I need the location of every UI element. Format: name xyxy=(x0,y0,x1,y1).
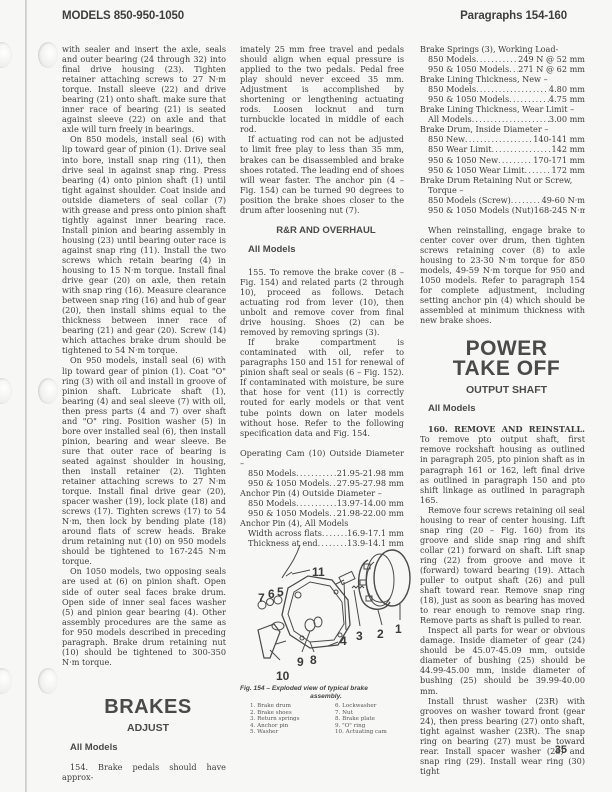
subsection-title-adjust: ADJUST xyxy=(62,722,226,734)
paragraph-160-lead: 160. REMOVE AND REINSTALL. xyxy=(428,424,585,434)
spec-row: 850 Models (Screw) 49-60 N·m xyxy=(420,195,585,205)
spec-heading: Brake Springs (3), Working Load- xyxy=(420,44,585,54)
legend-item: 6. Lockwasher xyxy=(335,703,410,710)
paragraph: with sealer and insert the axle, seals a… xyxy=(62,44,226,134)
spec-drum-retaining-torque: Brake Drum Retaining Nut or Screw, Torqu… xyxy=(420,175,585,215)
legend-item: 3. Return springs xyxy=(250,716,325,723)
column-3: Brake Springs (3), Working Load- 850 Mod… xyxy=(420,44,585,776)
figure-caption: Fig. 154 – Exploded view of typical brak… xyxy=(240,685,412,701)
heading-all-models: All Models xyxy=(240,245,404,255)
callout-4: 4 xyxy=(340,634,347,648)
figure-legend: 1. Brake drum 6. Lockwasher 2. Brake sho… xyxy=(250,703,410,736)
legend-item: 4. Anchor pin xyxy=(250,723,325,730)
spec-row: 850 Wear Limit 142 mm xyxy=(420,144,585,154)
punch-hole xyxy=(0,42,12,68)
spec-row: 950 & 1050 New 170-171 mm xyxy=(420,155,585,165)
exploded-brake-diagram: 1 2 3 4 5 6 7 8 9 10 11 xyxy=(240,540,412,685)
spec-row: 950 & 1050 Models (Nut) 168-245 N·m xyxy=(420,205,585,215)
paragraph-155: 155. To remove the brake cover (8 – Fig.… xyxy=(240,267,404,337)
legend-item: 7. Nut xyxy=(335,710,410,717)
spec-row: 850 Models 249 N @ 52 mm xyxy=(420,54,585,64)
spec-anchor-pin-od: Anchor Pin (4) Outside Diameter – 850 Mo… xyxy=(240,488,404,518)
figure-154-brake-assembly: 1 2 3 4 5 6 7 8 9 10 11 xyxy=(240,540,412,685)
running-head-models: MODELS 850-950-1050 xyxy=(62,10,184,22)
column-2: imately 25 mm free travel and pedals sho… xyxy=(240,44,404,548)
callout-10: 10 xyxy=(276,669,290,683)
section-title-brakes: BRAKES xyxy=(62,697,226,717)
paragraph: On 950 models, install seal (6) with lip… xyxy=(62,355,226,566)
paragraph: Install thrust washer (23R) with grooves… xyxy=(420,696,585,776)
spec-row: 950 & 1050 Models 21.98-22.00 mm xyxy=(240,508,404,518)
callout-2: 2 xyxy=(377,627,384,641)
callout-7: 7 xyxy=(258,591,265,605)
subsection-title-rr-overhaul: R&R AND OVERHAUL xyxy=(240,225,404,237)
spec-heading: Anchor Pin (4), All Models xyxy=(240,518,404,528)
spec-row: All Models 3.00 mm xyxy=(420,114,585,124)
spec-heading: Brake Drum Retaining Nut or Screw, xyxy=(420,175,585,185)
paragraph-160-text: To remove pto output shaft, first remove… xyxy=(420,434,585,504)
binding-edge xyxy=(25,0,27,792)
paragraph-160: 160. REMOVE AND REINSTALL. To remove pto… xyxy=(420,424,585,504)
spec-heading: Anchor Pin (4) Outside Diameter – xyxy=(240,488,404,498)
spec-lining-new: Brake Lining Thickness, New – 850 Models… xyxy=(420,74,585,104)
heading-all-models: All Models xyxy=(420,404,585,414)
section-title-power: POWER xyxy=(420,339,585,359)
spec-row: 950 & 1050 Wear Limit 172 mm xyxy=(420,165,585,175)
paragraph: Remove four screws retaining oil seal ho… xyxy=(420,505,585,626)
column-1: with sealer and insert the axle, seals a… xyxy=(62,44,226,782)
spec-heading: Brake Drum, Inside Diameter – xyxy=(420,124,585,134)
spec-heading: Operating Cam (10) Outside Diameter – xyxy=(240,448,404,468)
spec-row: 850 Models 4.80 mm xyxy=(420,84,585,94)
paragraph-154: 154. Brake pedals should have approx- xyxy=(62,762,226,782)
callout-8: 8 xyxy=(310,653,317,667)
caption-line: assembly. xyxy=(240,693,412,701)
punch-hole xyxy=(0,668,12,694)
running-head-paragraphs: Paragraphs 154-160 xyxy=(460,10,567,22)
heading-all-models: All Models xyxy=(62,743,226,753)
legend-item: 5. Washer xyxy=(250,729,325,736)
legend-item: 1. Brake drum xyxy=(250,703,325,710)
legend-item: 9. "O" ring xyxy=(335,723,410,730)
punch-hole xyxy=(38,378,58,404)
callout-6: 6 xyxy=(268,587,275,601)
spec-lining-wear-limit: Brake Lining Thickness, Wear Limit – All… xyxy=(420,104,585,124)
spec-row: 950 & 1050 Models 4.75 mm xyxy=(420,94,585,104)
spec-operating-cam: Operating Cam (10) Outside Diameter – 85… xyxy=(240,448,404,488)
spec-brake-springs: Brake Springs (3), Working Load- 850 Mod… xyxy=(420,44,585,74)
spec-row: Width across flats 16.9-17.1 mm xyxy=(240,528,404,538)
subsection-title-output-shaft: OUTPUT SHAFT xyxy=(420,384,585,396)
callout-5: 5 xyxy=(277,585,284,599)
callout-9: 9 xyxy=(297,655,304,669)
paragraph: On 1050 models, two opposing seals are u… xyxy=(62,566,226,666)
paragraph-reinstall: When reinstalling, engage brake to cente… xyxy=(420,225,585,325)
punch-hole xyxy=(0,378,12,404)
callout-11: 11 xyxy=(312,565,325,579)
paragraph: If brake compartment is contaminated wit… xyxy=(240,337,404,437)
spec-heading: Brake Lining Thickness, New – xyxy=(420,74,585,84)
callout-3: 3 xyxy=(356,629,363,643)
spec-row: 950 & 1050 Models 271 N @ 62 mm xyxy=(420,64,585,74)
spec-row: 850 Models 13.97-14.00 mm xyxy=(240,498,404,508)
legend-item: 2. Brake shoes xyxy=(250,710,325,717)
paragraph: imately 25 mm free travel and pedals sho… xyxy=(240,44,404,134)
paragraph: If actuating rod can not be adjusted to … xyxy=(240,134,404,214)
spec-row: 850 Models 21.95-21.98 mm xyxy=(240,468,404,478)
paragraph: Inspect all parts for wear or obvious da… xyxy=(420,625,585,695)
page-number: 35 xyxy=(555,744,567,756)
spec-heading: Brake Lining Thickness, Wear Limit – xyxy=(420,104,585,114)
spec-subheading: Torque – xyxy=(420,185,585,195)
punch-hole xyxy=(38,668,58,694)
legend-item: 10. Actuating cam xyxy=(335,729,410,736)
spec-row: 950 & 1050 Models 27.95-27.98 mm xyxy=(240,478,404,488)
spec-row: 850 New 140-141 mm xyxy=(420,134,585,144)
punch-hole xyxy=(38,42,58,68)
paragraph: On 850 models, install seal (6) with lip… xyxy=(62,134,226,355)
legend-item: 8. Brake plate xyxy=(335,716,410,723)
callout-1: 1 xyxy=(395,622,402,636)
caption-line: Fig. 154 – Exploded view of typical brak… xyxy=(240,685,368,692)
section-title-take-off: TAKE OFF xyxy=(420,359,585,379)
spec-drum-inside-diameter: Brake Drum, Inside Diameter – 850 New 14… xyxy=(420,124,585,174)
